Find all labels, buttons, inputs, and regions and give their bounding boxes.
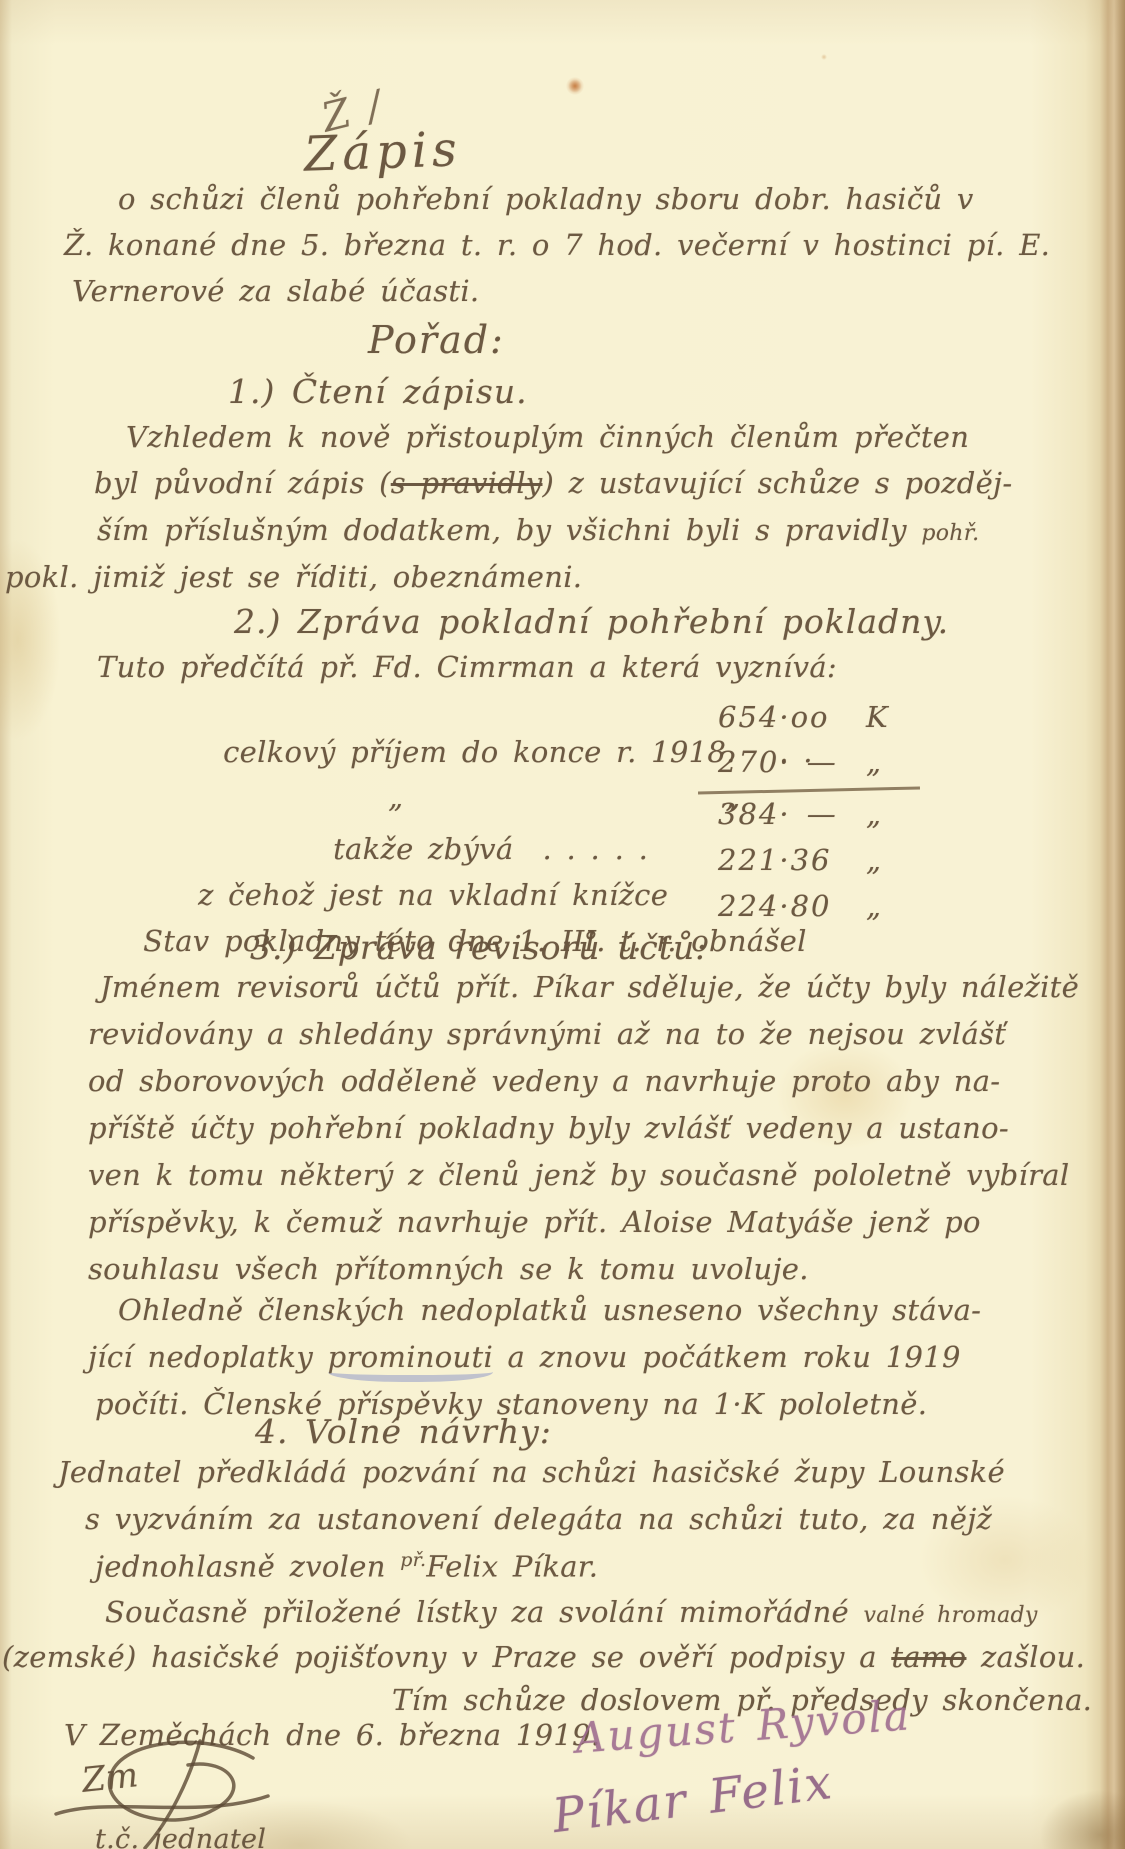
signature-felix: Píkar Felix (550, 1755, 837, 1845)
intro-line: o schůzi členů pohřební pokladny sboru d… (118, 182, 974, 217)
intro-line: Vernerové za slabé účasti. (72, 274, 479, 309)
agenda-item-3-heading: 3.) Zpráva revisorů účtů: (250, 928, 707, 968)
free-motions-text: jednohlasně zvolen (95, 1550, 400, 1584)
manuscript-page: Ž ∕ Zápis o schůzi členů pohřební poklad… (0, 0, 1125, 1849)
struck-text: s pravidly (391, 466, 543, 500)
inserted-abbreviation: př. (400, 1549, 426, 1571)
free-motions-text: Současně přiložené lístky za svolání mim… (105, 1595, 864, 1629)
auditors-report-line: Jménem revisorů účtů přít. Píkar sděluje… (100, 970, 1079, 1005)
treasury-report-intro: Tuto předčítá př. Fd. Cimrman a která vy… (97, 650, 837, 685)
free-motions-line: Současně přiložené lístky za svolání mim… (105, 1595, 1038, 1630)
ledger-amount: 270· — (718, 745, 838, 780)
agenda-item-2-heading: 2.) Zpráva pokladní pohřební pokladny. (234, 602, 949, 642)
auditors-report-line: příspěvky, k čemuž navrhuje přít. Aloise… (88, 1205, 981, 1240)
minutes-text: ším příslušným dodatkem, by všichni byli… (97, 513, 921, 547)
arrears-text: a znovu počátkem roku 1919 (493, 1340, 961, 1374)
ledger-amount: 654·oo (718, 700, 830, 735)
intro-line: Ž. konané dne 5. března t. r. o 7 hod. v… (64, 228, 1050, 263)
arrears-line: jící nedoplatky prominouti a znovu počát… (88, 1340, 961, 1375)
squeezed-text: valné hromady (864, 1603, 1038, 1628)
auditors-report-line: revidovány a shledány správnými až na to… (88, 1017, 1006, 1052)
free-motions-text: (zemské) hasičské pojišťovny v Praze se … (2, 1640, 891, 1674)
free-motions-line: jednohlasně zvolen př.Felix Píkar. (95, 1549, 598, 1584)
minutes-text: byl původní zápis ( (94, 466, 391, 500)
free-motions-line: s vyzváním za ustanovení delegáta na sch… (85, 1502, 992, 1537)
minutes-text: ) z ustavující schůze s pozděj- (542, 466, 1012, 500)
ledger-currency: K (866, 700, 888, 735)
minutes-line: ším příslušným dodatkem, by všichni byli… (97, 513, 979, 548)
free-motions-line: (zemské) hasičské pojišťovny v Praze se … (2, 1640, 1085, 1675)
blue-underlined-word: prominouti (328, 1340, 493, 1382)
free-motions-text: zašlou. (966, 1640, 1085, 1674)
ledger-currency: „ (866, 889, 881, 924)
auditors-report-line: ven k tomu některý z členů jenž by souča… (88, 1158, 1069, 1193)
margin-abbreviation: pohř. (921, 521, 979, 546)
minutes-line: pokl. jimiž jest se říditi, obeznámeni. (5, 560, 582, 595)
ledger-currency: „ (866, 843, 881, 878)
agenda-item-1-heading: 1.) Čtení zápisu. (228, 372, 528, 412)
ledger-currency: „ (866, 745, 881, 780)
struck-text: tamo (891, 1640, 966, 1674)
auditors-report-line: souhlasu všech přítomných se k tomu uvol… (88, 1252, 809, 1287)
free-motions-text: Felix Píkar. (426, 1550, 598, 1584)
auditors-report-line: od sborovových odděleně vedeny a navrhuj… (88, 1064, 1000, 1099)
ledger-amount: 221·36 (718, 843, 831, 878)
arrears-line: Ohledně členských nedoplatků usneseno vš… (118, 1293, 981, 1328)
minutes-line: byl původní zápis (s pravidly) z ustavuj… (94, 466, 1012, 501)
agenda-item-4-heading: 4. Volné návrhy: (255, 1412, 552, 1452)
rust-stain (566, 77, 584, 95)
free-motions-line: Jednatel předkládá pozvání na schůzi has… (58, 1455, 1005, 1490)
ledger-currency: „ (866, 797, 881, 832)
secretary-monogram: Zm (80, 1755, 140, 1801)
auditors-report-line: příště účty pohřební pokladny byly zvláš… (88, 1111, 1009, 1146)
secretary-role: t.č. jednatel (95, 1824, 266, 1849)
ledger-amount: 224·80 (718, 889, 831, 924)
document-title: Zápis (303, 121, 463, 184)
minutes-line: Vzhledem k nově přistouplým činných člen… (126, 420, 969, 455)
arrears-text: jící nedoplatky (88, 1340, 328, 1374)
ledger-amount: 384· — (718, 797, 838, 832)
agenda-heading: Pořad: (368, 318, 505, 364)
